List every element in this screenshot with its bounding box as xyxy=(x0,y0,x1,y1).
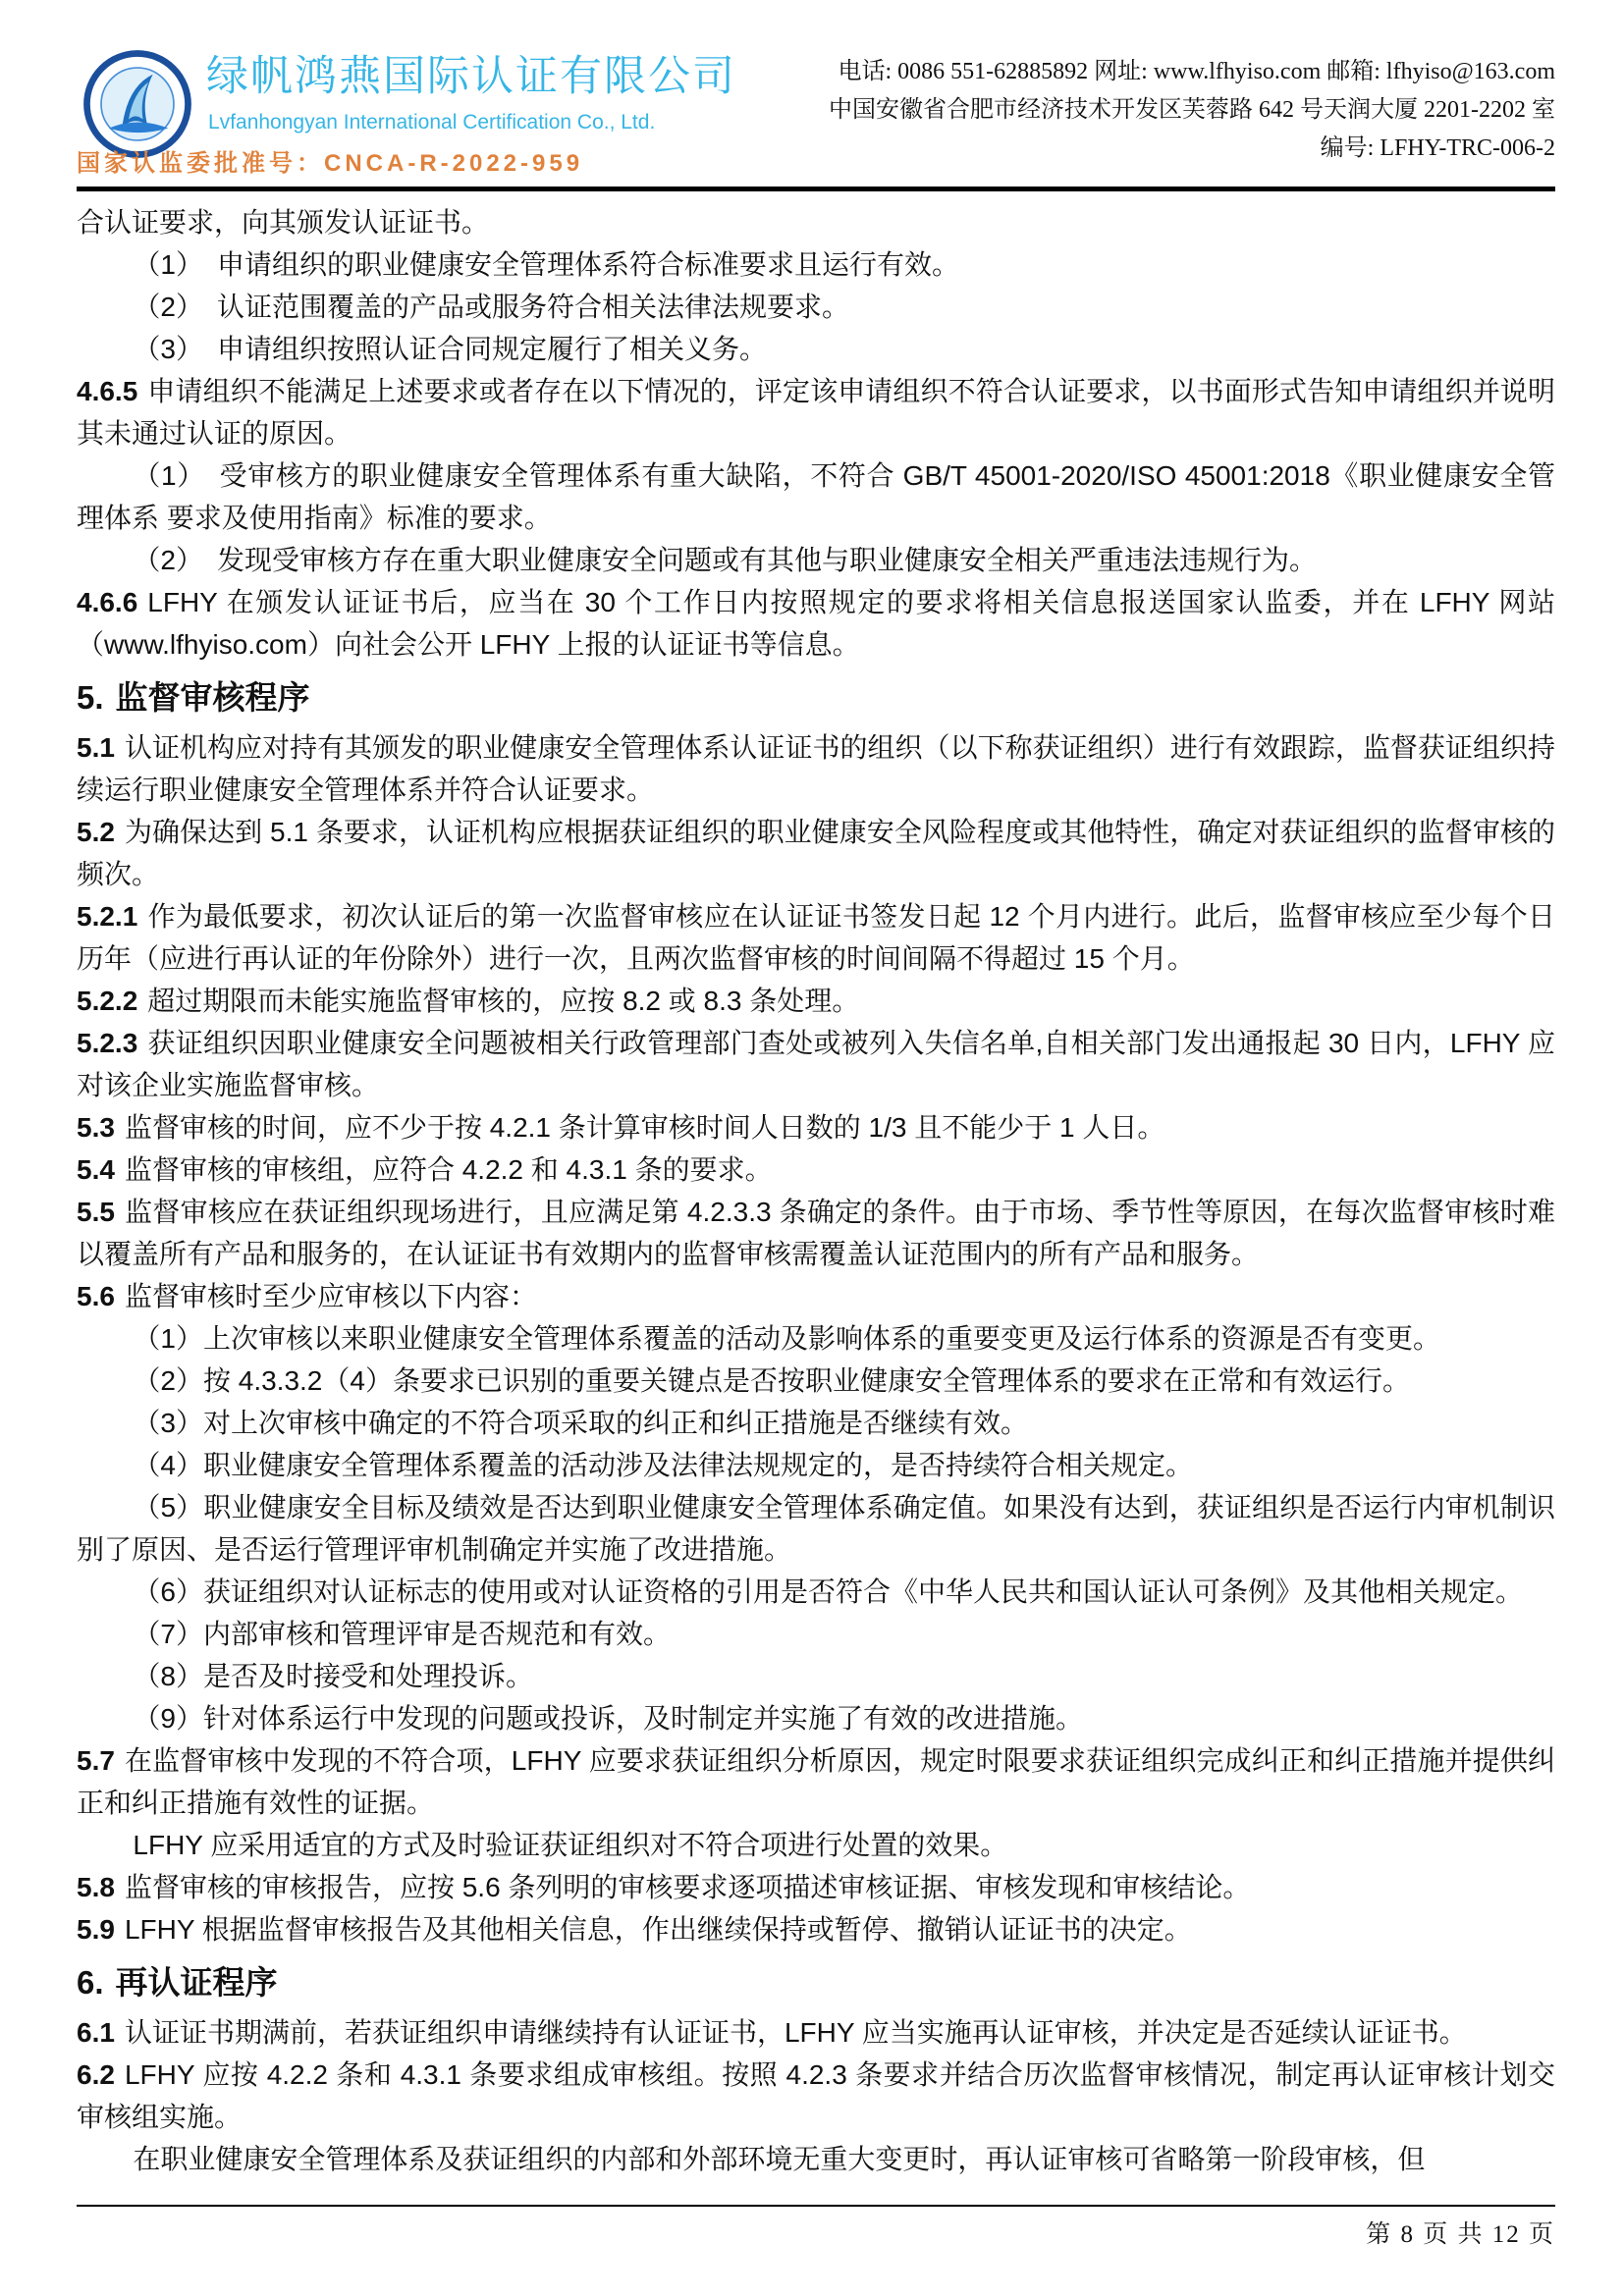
section-heading: 6.再认证程序 xyxy=(77,1956,1555,2009)
approval-number: 国家认监委批准号：CNCA-R-2022-959 xyxy=(77,143,583,178)
paragraph: 5.3监督审核的时间，应不少于按 4.2.1 条计算审核时间人日数的 1/3 且… xyxy=(77,1106,1555,1148)
paragraph-text: 监督审核的时间，应不少于按 4.2.1 条计算审核时间人日数的 1/3 且不能少… xyxy=(125,1112,1164,1143)
contact-address: 中国安徽省合肥市经济技术开发区芙蓉路 642 号天润大厦 2201-2202 室 xyxy=(829,91,1555,130)
paragraph-text: （3）对上次审核中确定的不符合项采取的纠正和纠正措施是否继续有效。 xyxy=(133,1408,1028,1438)
paragraph-text: 超过期限而未能实施监督审核的，应按 8.2 或 8.3 条处理。 xyxy=(147,986,859,1016)
clause-number: 4.6.6 xyxy=(77,587,137,617)
paragraph-text: （6）获证组织对认证标志的使用或对认证资格的引用是否符合《中华人民共和国认证认可… xyxy=(133,1576,1523,1607)
paragraph-text: 认证机构应对持有其颁发的职业健康安全管理体系认证证书的组织（以下称获证组织）进行… xyxy=(77,732,1555,805)
paragraph-text: 认证证书期满前，若获证组织申请继续持有认证证书，LFHY 应当实施再认证审核，并… xyxy=(125,2017,1467,2048)
clause-number: 6.1 xyxy=(77,2017,115,2048)
clause-number: 4.6.5 xyxy=(77,376,137,406)
header-divider xyxy=(77,187,1555,191)
paragraph-text: LFHY 根据监督审核报告及其他相关信息，作出继续保持或暂停、撤销认证证书的决定… xyxy=(125,1914,1192,1945)
paragraph: （4）职业健康安全管理体系覆盖的活动涉及法律法规规定的，是否持续符合相关规定。 xyxy=(77,1444,1555,1486)
clause-number: 5.5 xyxy=(77,1197,115,1227)
clause-number: 6. xyxy=(77,1964,104,2001)
paragraph: 5.9LFHY 根据监督审核报告及其他相关信息，作出继续保持或暂停、撤销认证证书… xyxy=(77,1908,1555,1950)
paragraph-text: 获证组织因职业健康安全问题被相关行政管理部门查处或被列入失信名单,自相关部门发出… xyxy=(77,1028,1555,1100)
clause-number: 5.9 xyxy=(77,1914,115,1945)
paragraph-text: （2）按 4.3.3.2（4）条要求已识别的重要关键点是否按职业健康安全管理体系… xyxy=(133,1365,1410,1396)
paragraph-text: （1） 受审核方的职业健康安全管理体系有重大缺陷，不符合 GB/T 45001-… xyxy=(77,460,1555,533)
company-name-zh: 绿帆鸿燕国际认证有限公司 xyxy=(206,51,736,102)
paragraph-text: 监督审核的审核报告，应按 5.6 条列明的审核要求逐项描述审核证据、审核发现和审… xyxy=(125,1872,1251,1902)
section-heading: 5.监督审核程序 xyxy=(77,671,1555,724)
paragraph-text: （9）针对体系运行中发现的问题或投诉，及时制定并实施了有效的改进措施。 xyxy=(133,1703,1083,1734)
paragraph: 5.4监督审核的审核组，应符合 4.2.2 和 4.3.1 条的要求。 xyxy=(77,1148,1555,1191)
paragraph: （1） 受审核方的职业健康安全管理体系有重大缺陷，不符合 GB/T 45001-… xyxy=(77,454,1555,539)
paragraph-text: （1）上次审核以来职业健康安全管理体系覆盖的活动及影响体系的重要变更及运行体系的… xyxy=(133,1323,1440,1354)
paragraph-text: 监督审核时至少应审核以下内容： xyxy=(125,1281,537,1311)
header-contact-block: 电话: 0086 551-62885892 网址: www.lfhyiso.co… xyxy=(829,53,1555,168)
clause-number: 5.2.3 xyxy=(77,1028,137,1058)
paragraph-text: LFHY 在颁发认证证书后，应当在 30 个工作日内按照规定的要求将相关信息报送… xyxy=(77,587,1555,660)
contact-phone-web-email: 电话: 0086 551-62885892 网址: www.lfhyiso.co… xyxy=(829,53,1555,91)
paragraph: 5.7在监督审核中发现的不符合项，LFHY 应要求获证组织分析原因，规定时限要求… xyxy=(77,1739,1555,1824)
paragraph: 合认证要求，向其颁发认证证书。 xyxy=(77,201,1555,243)
paragraph: 5.1认证机构应对持有其颁发的职业健康安全管理体系认证证书的组织（以下称获证组织… xyxy=(77,726,1555,811)
paragraph: （3）对上次审核中确定的不符合项采取的纠正和纠正措施是否继续有效。 xyxy=(77,1402,1555,1444)
paragraph-text: （2） 发现受审核方存在重大职业健康安全问题或有其他与职业健康安全相关严重违法违… xyxy=(133,545,1317,575)
paragraph: 6.1认证证书期满前，若获证组织申请继续持有认证证书，LFHY 应当实施再认证审… xyxy=(77,2011,1555,2054)
paragraph-text: 作为最低要求，初次认证后的第一次监督审核应在认证证书签发日起 12 个月内进行。… xyxy=(77,901,1555,974)
paragraph-text: 监督审核的审核组，应符合 4.2.2 和 4.3.1 条的要求。 xyxy=(125,1154,773,1185)
document-page: 绿帆鸿燕国际认证有限公司 Lvfanhongyan International … xyxy=(0,0,1624,2296)
clause-number: 5.7 xyxy=(77,1745,115,1776)
paragraph: （1） 申请组织的职业健康安全管理体系符合标准要求且运行有效。 xyxy=(77,243,1555,286)
paragraph-text: 合认证要求，向其颁发认证证书。 xyxy=(77,207,489,238)
paragraph: （3） 申请组织按照认证合同规定履行了相关义务。 xyxy=(77,328,1555,370)
paragraph-text: （8）是否及时接受和处理投诉。 xyxy=(133,1661,533,1691)
clause-number: 5.1 xyxy=(77,732,115,763)
clause-number: 5.2.2 xyxy=(77,986,137,1016)
clause-number: 5.8 xyxy=(77,1872,115,1902)
paragraph-text: （4）职业健康安全管理体系覆盖的活动涉及法律法规规定的，是否持续符合相关规定。 xyxy=(133,1450,1193,1480)
paragraph-text: 为确保达到 5.1 条要求，认证机构应根据获证组织的职业健康安全风险程度或其他特… xyxy=(77,817,1555,889)
clause-number: 5.6 xyxy=(77,1281,115,1311)
paragraph: （1）上次审核以来职业健康安全管理体系覆盖的活动及影响体系的重要变更及运行体系的… xyxy=(77,1317,1555,1360)
document-header: 绿帆鸿燕国际认证有限公司 Lvfanhongyan International … xyxy=(77,47,1555,183)
paragraph: 在职业健康安全管理体系及获证组织的内部和外部环境无重大变更时，再认证审核可省略第… xyxy=(77,2138,1555,2180)
company-name-en: Lvfanhongyan International Certification… xyxy=(208,108,655,137)
clause-number: 5.2.1 xyxy=(77,901,137,932)
page-number: 第 8 页 共 12 页 xyxy=(1366,2221,1555,2248)
paragraph: （7）内部审核和管理评审是否规范和有效。 xyxy=(77,1613,1555,1655)
page-footer: 第 8 页 共 12 页 xyxy=(77,2205,1555,2250)
clause-number: 5. xyxy=(77,679,104,716)
clause-number: 5.3 xyxy=(77,1112,115,1143)
document-number: 编号: LFHY-TRC-006-2 xyxy=(829,130,1555,168)
paragraph: 4.6.5申请组织不能满足上述要求或者存在以下情况的，评定该申请组织不符合认证要… xyxy=(77,370,1555,454)
paragraph-text: 在监督审核中发现的不符合项，LFHY 应要求获证组织分析原因，规定时限要求获证组… xyxy=(77,1745,1555,1818)
paragraph: 5.2.1作为最低要求，初次认证后的第一次监督审核应在认证证书签发日起 12 个… xyxy=(77,895,1555,980)
clause-number: 6.2 xyxy=(77,2059,115,2090)
paragraph: 5.2.3获证组织因职业健康安全问题被相关行政管理部门查处或被列入失信名单,自相… xyxy=(77,1022,1555,1106)
paragraph-text: 再认证程序 xyxy=(116,1964,278,2001)
paragraph: 5.2.2超过期限而未能实施监督审核的，应按 8.2 或 8.3 条处理。 xyxy=(77,980,1555,1022)
paragraph: （8）是否及时接受和处理投诉。 xyxy=(77,1655,1555,1697)
paragraph-text: LFHY 应采用适宜的方式及时验证获证组织对不符合项进行处置的效果。 xyxy=(133,1830,1007,1860)
paragraph: （2） 认证范围覆盖的产品或服务符合相关法律法规要求。 xyxy=(77,286,1555,328)
paragraph-text: 监督审核应在获证组织现场进行，且应满足第 4.2.3.3 条确定的条件。由于市场… xyxy=(77,1197,1555,1269)
paragraph: （9）针对体系运行中发现的问题或投诉，及时制定并实施了有效的改进措施。 xyxy=(77,1697,1555,1739)
paragraph: （6）获证组织对认证标志的使用或对认证资格的引用是否符合《中华人民共和国认证认可… xyxy=(77,1571,1555,1613)
paragraph: 5.5监督审核应在获证组织现场进行，且应满足第 4.2.3.3 条确定的条件。由… xyxy=(77,1191,1555,1275)
clause-number: 5.4 xyxy=(77,1154,115,1185)
document-body: 合认证要求，向其颁发认证证书。（1） 申请组织的职业健康安全管理体系符合标准要求… xyxy=(77,201,1555,2180)
paragraph: （2） 发现受审核方存在重大职业健康安全问题或有其他与职业健康安全相关严重违法违… xyxy=(77,539,1555,581)
paragraph-text: 监督审核程序 xyxy=(116,679,310,716)
paragraph-text: LFHY 应按 4.2.2 条和 4.3.1 条要求组成审核组。按照 4.2.3… xyxy=(77,2059,1555,2132)
paragraph: （2）按 4.3.3.2（4）条要求已识别的重要关键点是否按职业健康安全管理体系… xyxy=(77,1360,1555,1402)
paragraph-text: 申请组织不能满足上述要求或者存在以下情况的，评定该申请组织不符合认证要求，以书面… xyxy=(77,376,1555,449)
paragraph: 4.6.6LFHY 在颁发认证证书后，应当在 30 个工作日内按照规定的要求将相… xyxy=(77,581,1555,666)
paragraph: 6.2LFHY 应按 4.2.2 条和 4.3.1 条要求组成审核组。按照 4.… xyxy=(77,2054,1555,2138)
clause-number: 5.2 xyxy=(77,817,115,847)
paragraph-text: （5）职业健康安全目标及绩效是否达到职业健康安全管理体系确定值。如果没有达到，获… xyxy=(77,1492,1555,1565)
paragraph-text: （2） 认证范围覆盖的产品或服务符合相关法律法规要求。 xyxy=(133,292,849,322)
paragraph-text: 在职业健康安全管理体系及获证组织的内部和外部环境无重大变更时，再认证审核可省略第… xyxy=(133,2144,1425,2174)
paragraph-text: （7）内部审核和管理评审是否规范和有效。 xyxy=(133,1619,671,1649)
paragraph: （5）职业健康安全目标及绩效是否达到职业健康安全管理体系确定值。如果没有达到，获… xyxy=(77,1486,1555,1571)
paragraph-text: （1） 申请组织的职业健康安全管理体系符合标准要求且运行有效。 xyxy=(133,249,959,280)
paragraph: LFHY 应采用适宜的方式及时验证获证组织对不符合项进行处置的效果。 xyxy=(77,1824,1555,1866)
paragraph-text: （3） 申请组织按照认证合同规定履行了相关义务。 xyxy=(133,334,767,364)
paragraph: 5.6监督审核时至少应审核以下内容： xyxy=(77,1275,1555,1317)
paragraph: 5.2为确保达到 5.1 条要求，认证机构应根据获证组织的职业健康安全风险程度或… xyxy=(77,811,1555,895)
paragraph: 5.8监督审核的审核报告，应按 5.6 条列明的审核要求逐项描述审核证据、审核发… xyxy=(77,1866,1555,1908)
